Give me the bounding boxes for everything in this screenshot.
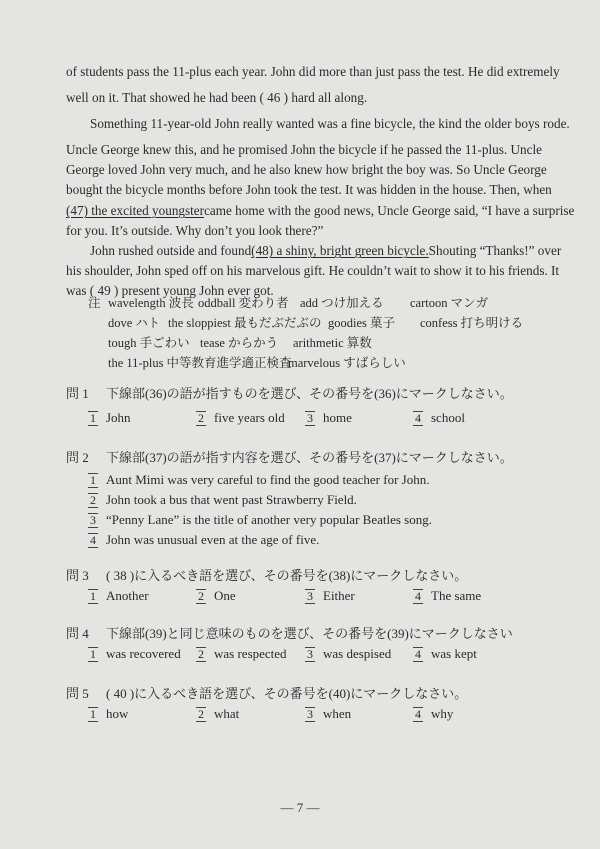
passage-line: for you. It’s outside. Why don’t you loo… xyxy=(66,223,323,239)
answer-option[interactable]: 4The same xyxy=(413,588,481,604)
passage-line: Something 11-year-old John really wanted… xyxy=(90,116,542,132)
option-number-marker: 2 xyxy=(196,411,206,426)
question-prompt: 下線部(36)の語が指すものを選び、その番号を(36)にマークしなさい。 xyxy=(106,386,513,401)
passage-line: his shoulder, John sped off on his marve… xyxy=(66,263,542,279)
note-item: arithmetic 算数 xyxy=(293,335,372,351)
note-item: the 11-plus 中等教育進学適正検査 xyxy=(108,355,292,371)
option-number-marker: 2 xyxy=(196,707,206,722)
exam-page: of students pass the 11-plus each year. … xyxy=(0,0,600,849)
question-prompt: 下線部(39)と同じ意味のものを選び、その番号を(39)にマークしなさい xyxy=(106,626,513,641)
note-item: add つけ加える xyxy=(300,295,384,311)
answer-option[interactable]: 2One xyxy=(196,588,236,604)
question-prompt: ( 38 )に入るべき語を選び、その番号を(38)にマークしなさい。 xyxy=(106,568,467,583)
note-item: tough 手ごわい xyxy=(108,335,190,351)
passage-line: bought the bicycle months before John to… xyxy=(66,182,542,198)
answer-option[interactable]: 1Another xyxy=(88,588,149,604)
underlined-phrase-47: (47) the excited youngster xyxy=(66,203,204,219)
note-item: goodies 菓子 xyxy=(328,315,395,331)
answer-option[interactable]: 4was kept xyxy=(413,646,477,662)
passage-line: (47) the excited youngster came home wit… xyxy=(66,203,542,219)
note-item: confess 打ち明ける xyxy=(420,315,523,331)
note-item: marvelous すばらしい xyxy=(288,355,406,371)
option-number-marker: 4 xyxy=(413,411,423,426)
question-prompt: ( 40 )に入るべき語を選び、その番号を(40)にマークしなさい。 xyxy=(106,686,467,701)
option-number-marker: 4 xyxy=(88,533,98,548)
question-3: 問 3( 38 )に入るべき語を選び、その番号を(38)にマークしなさい。 xyxy=(66,568,467,584)
question-4: 問 4下線部(39)と同じ意味のものを選び、その番号を(39)にマークしなさい xyxy=(66,626,513,642)
question-prompt: 下線部(37)の語が指す内容を選び、その番号を(37)にマークしなさい。 xyxy=(106,450,513,465)
option-number-marker: 1 xyxy=(88,589,98,604)
question-1: 問 1下線部(36)の語が指すものを選び、その番号を(36)にマークしなさい。 xyxy=(66,386,513,402)
notes-label: 注 xyxy=(88,295,101,311)
question-number: 問 2 xyxy=(66,450,106,466)
note-item: the sloppiest 最もだぶだぶの xyxy=(168,315,321,331)
answer-option[interactable]: 3Either xyxy=(305,588,355,604)
option-number-marker: 3 xyxy=(88,513,98,528)
option-number-marker: 2 xyxy=(88,493,98,508)
option-number-marker: 4 xyxy=(413,589,423,604)
option-number-marker: 2 xyxy=(196,647,206,662)
option-number-marker: 3 xyxy=(305,647,315,662)
answer-option[interactable]: 2five years old xyxy=(196,410,285,426)
option-number-marker: 4 xyxy=(413,707,423,722)
question-number: 問 4 xyxy=(66,626,106,642)
option-number-marker: 4 xyxy=(413,647,423,662)
passage-text: John rushed outside and found xyxy=(90,243,251,259)
answer-option[interactable]: 1John xyxy=(88,410,131,426)
option-number-marker: 1 xyxy=(88,411,98,426)
note-item: dove ハト xyxy=(108,315,160,331)
answer-option[interactable]: 3when xyxy=(305,706,351,722)
option-number-marker: 3 xyxy=(305,589,315,604)
answer-option[interactable]: 3home xyxy=(305,410,352,426)
answer-option[interactable]: 2John took a bus that went past Strawber… xyxy=(88,492,357,508)
answer-option[interactable]: 4school xyxy=(413,410,465,426)
answer-option[interactable]: 2was respected xyxy=(196,646,287,662)
option-number-marker: 1 xyxy=(88,473,98,488)
answer-option[interactable]: 3“Penny Lane” is the title of another ve… xyxy=(88,512,432,528)
answer-option[interactable]: 4John was unusual even at the age of fiv… xyxy=(88,532,319,548)
answer-option[interactable]: 3was despised xyxy=(305,646,391,662)
passage-line: well on it. That showed he had been ( 46… xyxy=(66,90,367,106)
passage-line: of students pass the 11-plus each year. … xyxy=(66,64,542,80)
answer-option[interactable]: 1was recovered xyxy=(88,646,181,662)
option-number-marker: 3 xyxy=(305,707,315,722)
passage-line: Uncle George knew this, and he promised … xyxy=(66,142,542,158)
note-item: wavelength 波長 xyxy=(108,295,194,311)
question-number: 問 1 xyxy=(66,386,106,402)
passage-text: Shouting “Thanks!” over xyxy=(429,243,562,259)
question-number: 問 3 xyxy=(66,568,106,584)
note-item: oddball 変わり者 xyxy=(198,295,289,311)
option-number-marker: 1 xyxy=(88,707,98,722)
passage-line: George loved John very much, and he also… xyxy=(66,162,542,178)
note-item: cartoon マンガ xyxy=(410,295,488,311)
note-item: tease からかう xyxy=(200,335,278,351)
option-number-marker: 2 xyxy=(196,589,206,604)
answer-option[interactable]: 1Aunt Mimi was very careful to find the … xyxy=(88,472,429,488)
question-2: 問 2下線部(37)の語が指す内容を選び、その番号を(37)にマークしなさい。 xyxy=(66,450,513,466)
answer-option[interactable]: 2what xyxy=(196,706,239,722)
answer-option[interactable]: 1how xyxy=(88,706,128,722)
passage-line: John rushed outside and found (48) a shi… xyxy=(90,243,542,259)
underlined-phrase-48: (48) a shiny, bright green bicycle. xyxy=(251,243,428,259)
question-number: 問 5 xyxy=(66,686,106,702)
option-number-marker: 1 xyxy=(88,647,98,662)
option-number-marker: 3 xyxy=(305,411,315,426)
page-number: — 7 — xyxy=(0,800,600,816)
question-5: 問 5( 40 )に入るべき語を選び、その番号を(40)にマークしなさい。 xyxy=(66,686,467,702)
passage-text: came home with the good news, Uncle Geor… xyxy=(204,203,574,219)
answer-option[interactable]: 4why xyxy=(413,706,453,722)
